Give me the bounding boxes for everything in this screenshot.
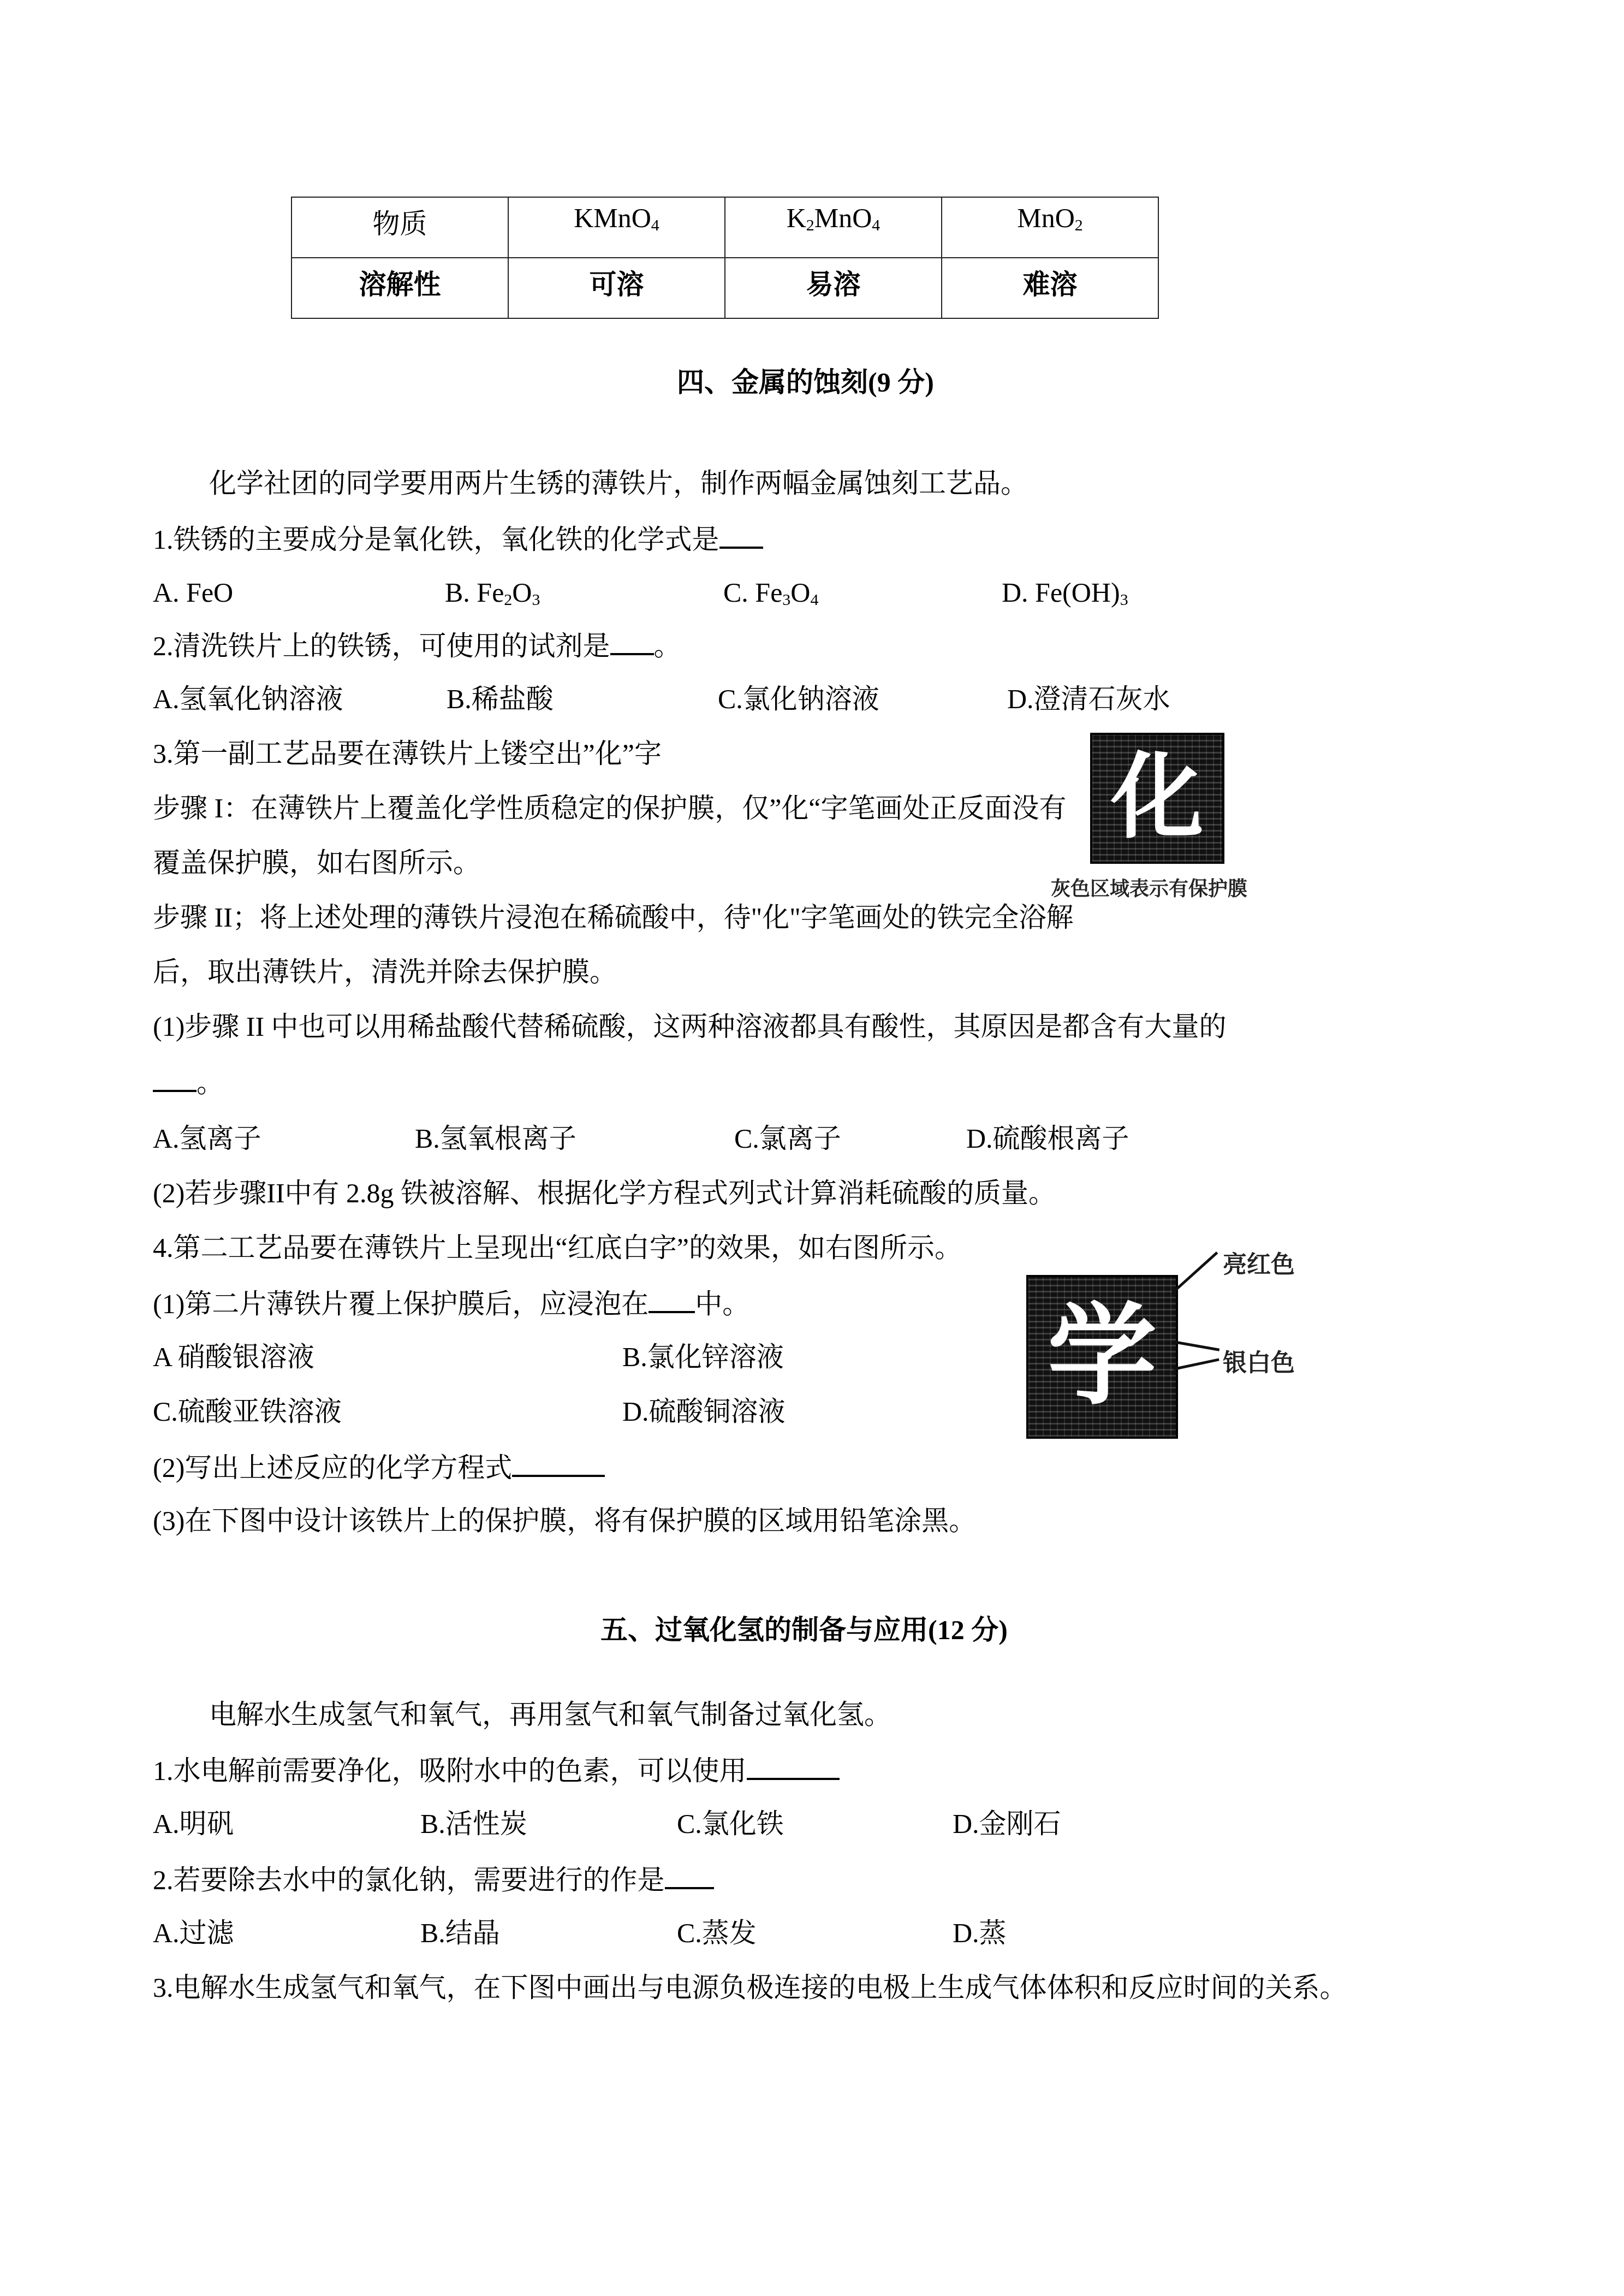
option-d: D.硫酸根离子 xyxy=(966,1122,1129,1155)
option-c: C.氯化钠溶液 xyxy=(718,683,879,715)
answer-blank[interactable] xyxy=(512,1450,605,1477)
option-b: B. Fe2O3 xyxy=(445,576,540,616)
table-row: 物质 KMnO4 K2MnO4 MnO2 xyxy=(292,197,1158,258)
question-4-4-3: (3)在下图中设计该铁片上的保护膜，将有保护膜的区域用铅笔涂黑。 xyxy=(153,1504,976,1537)
step-2-line-1: 步骤 II；将上述处理的薄铁片浸泡在稀硫酸中，待"化"字笔画处的铁完全浴解 xyxy=(153,901,1074,934)
option-c: C.氯化铁 xyxy=(677,1807,784,1840)
question-4-4: 4.第二工艺品要在薄铁片上呈现出“红底白字”的效果，如右图所示。 xyxy=(153,1231,962,1264)
answer-blank[interactable] xyxy=(719,521,763,549)
option-d: D. Fe(OH)3 xyxy=(1002,576,1128,616)
figure-xue-plate: 学 xyxy=(1026,1275,1178,1439)
section-5-title: 五、过氧化氢的制备与应用(12 分) xyxy=(600,1608,1008,1647)
section-5-intro: 电解水生成氢气和氧气，再用氢气和氧气制备过氧化氢。 xyxy=(209,1698,891,1731)
option-c: C.蒸发 xyxy=(677,1917,757,1949)
step-2-line-2: 后，取出薄铁片，清洗并除去保护膜。 xyxy=(153,956,617,988)
label-bright-red: 亮红色 xyxy=(1223,1245,1295,1280)
question-4-2: 2.清洗铁片上的铁锈，可使用的试剂是。 xyxy=(153,628,681,662)
question-4-1: 1.铁锈的主要成分是氧化铁，氧化铁的化学式是 xyxy=(153,521,763,556)
table-cell: 难溶 xyxy=(942,258,1158,318)
option-a: A. FeO xyxy=(153,576,233,609)
leader-line-red xyxy=(1171,1251,1218,1294)
section-4-intro: 化学社团的同学要用两片生锈的薄铁片，制作两幅金属蚀刻工艺品。 xyxy=(209,467,1028,500)
option-c: C.硫酸亚铁溶液 xyxy=(153,1395,342,1428)
answer-blank[interactable] xyxy=(665,1862,714,1889)
figure-hua-plate: 化 xyxy=(1090,733,1224,864)
figure-hua-char: 化 xyxy=(1092,746,1222,850)
table-cell-header: 物质 xyxy=(292,197,508,258)
option-d: D.澄清石灰水 xyxy=(1007,683,1170,715)
table-cell-kmno4: KMnO4 xyxy=(508,197,725,258)
table-cell: 易溶 xyxy=(725,258,942,318)
question-5-1: 1.水电解前需要净化，吸附水中的色素，可以使用 xyxy=(153,1753,840,1787)
answer-blank[interactable] xyxy=(610,628,654,655)
option-b: B.氢氧根离子 xyxy=(415,1122,576,1155)
option-a: A.氢氧化钠溶液 xyxy=(153,683,343,715)
option-a: A 硝酸银溶液 xyxy=(153,1340,314,1373)
option-c: C. Fe3O4 xyxy=(723,576,818,616)
question-5-2: 2.若要除去水中的氯化钠，需要进行的作是 xyxy=(153,1862,714,1896)
figure-hua-caption: 灰色区域表示有保护膜 xyxy=(1051,874,1247,901)
question-4-3-1-blank: 。 xyxy=(153,1065,224,1099)
question-4-4-2: (2)写出上述反应的化学方程式 xyxy=(153,1450,605,1484)
table-cell-k2mno4: K2MnO4 xyxy=(725,197,942,258)
step-1-line-1: 步骤 I：在薄铁片上覆盖化学性质稳定的保护膜，仅”化“字笔画处正反面没有 xyxy=(153,792,1067,824)
option-a: A.过滤 xyxy=(153,1917,234,1949)
option-a: A.明矾 xyxy=(153,1807,234,1840)
option-b: B.稀盐酸 xyxy=(447,683,554,715)
question-4-3: 3.第一副工艺品要在薄铁片上镂空出”化”字 xyxy=(153,737,662,770)
option-d: D.硫酸铜溶液 xyxy=(622,1395,786,1428)
solubility-table: 物质 KMnO4 K2MnO4 MnO2 溶解性 可溶 易溶 难溶 xyxy=(291,197,1159,319)
option-b: B.活性炭 xyxy=(420,1807,527,1840)
question-4-4-1: (1)第二片薄铁片覆上保护膜后，应浸泡在中。 xyxy=(153,1286,749,1320)
question-5-3: 3.电解水生成氢气和氧气，在下图中画出与电源负极连接的电极上生成气体体积和反应时… xyxy=(153,1971,1347,2004)
option-c: C.氯离子 xyxy=(734,1122,841,1155)
table-row: 溶解性 可溶 易溶 难溶 xyxy=(292,258,1158,318)
option-d: D.金刚石 xyxy=(953,1807,1061,1840)
option-a: A.氢离子 xyxy=(153,1122,261,1155)
answer-blank[interactable] xyxy=(747,1753,840,1780)
step-1-line-2: 覆盖保护膜，如右图所示。 xyxy=(153,846,480,879)
table-cell-header: 溶解性 xyxy=(292,258,508,318)
question-4-3-1: (1)步骤 II 中也可以用稀盐酸代替稀硫酸，这两种溶液都具有酸性，其原因是都含… xyxy=(153,1010,1227,1043)
section-4-title: 四、金属的蚀刻(9 分) xyxy=(677,360,934,400)
label-silver-white: 银白色 xyxy=(1223,1343,1295,1378)
answer-blank[interactable] xyxy=(153,1065,197,1092)
option-b: B.氯化锌溶液 xyxy=(622,1340,784,1373)
leader-line-silver-2 xyxy=(1173,1358,1219,1371)
option-d: D.蒸 xyxy=(953,1917,1007,1949)
answer-blank[interactable] xyxy=(649,1286,695,1313)
option-b: B.结晶 xyxy=(420,1917,500,1949)
leader-line-silver-1 xyxy=(1174,1340,1220,1351)
question-4-3-2: (2)若步骤II中有 2.8g 铁被溶解、根据化学方程式列式计算消耗硫酸的质量。 xyxy=(153,1177,1056,1209)
table-cell: 可溶 xyxy=(508,258,725,318)
table-cell-mno2: MnO2 xyxy=(942,197,1158,258)
figure-xue-char: 学 xyxy=(1028,1299,1176,1414)
